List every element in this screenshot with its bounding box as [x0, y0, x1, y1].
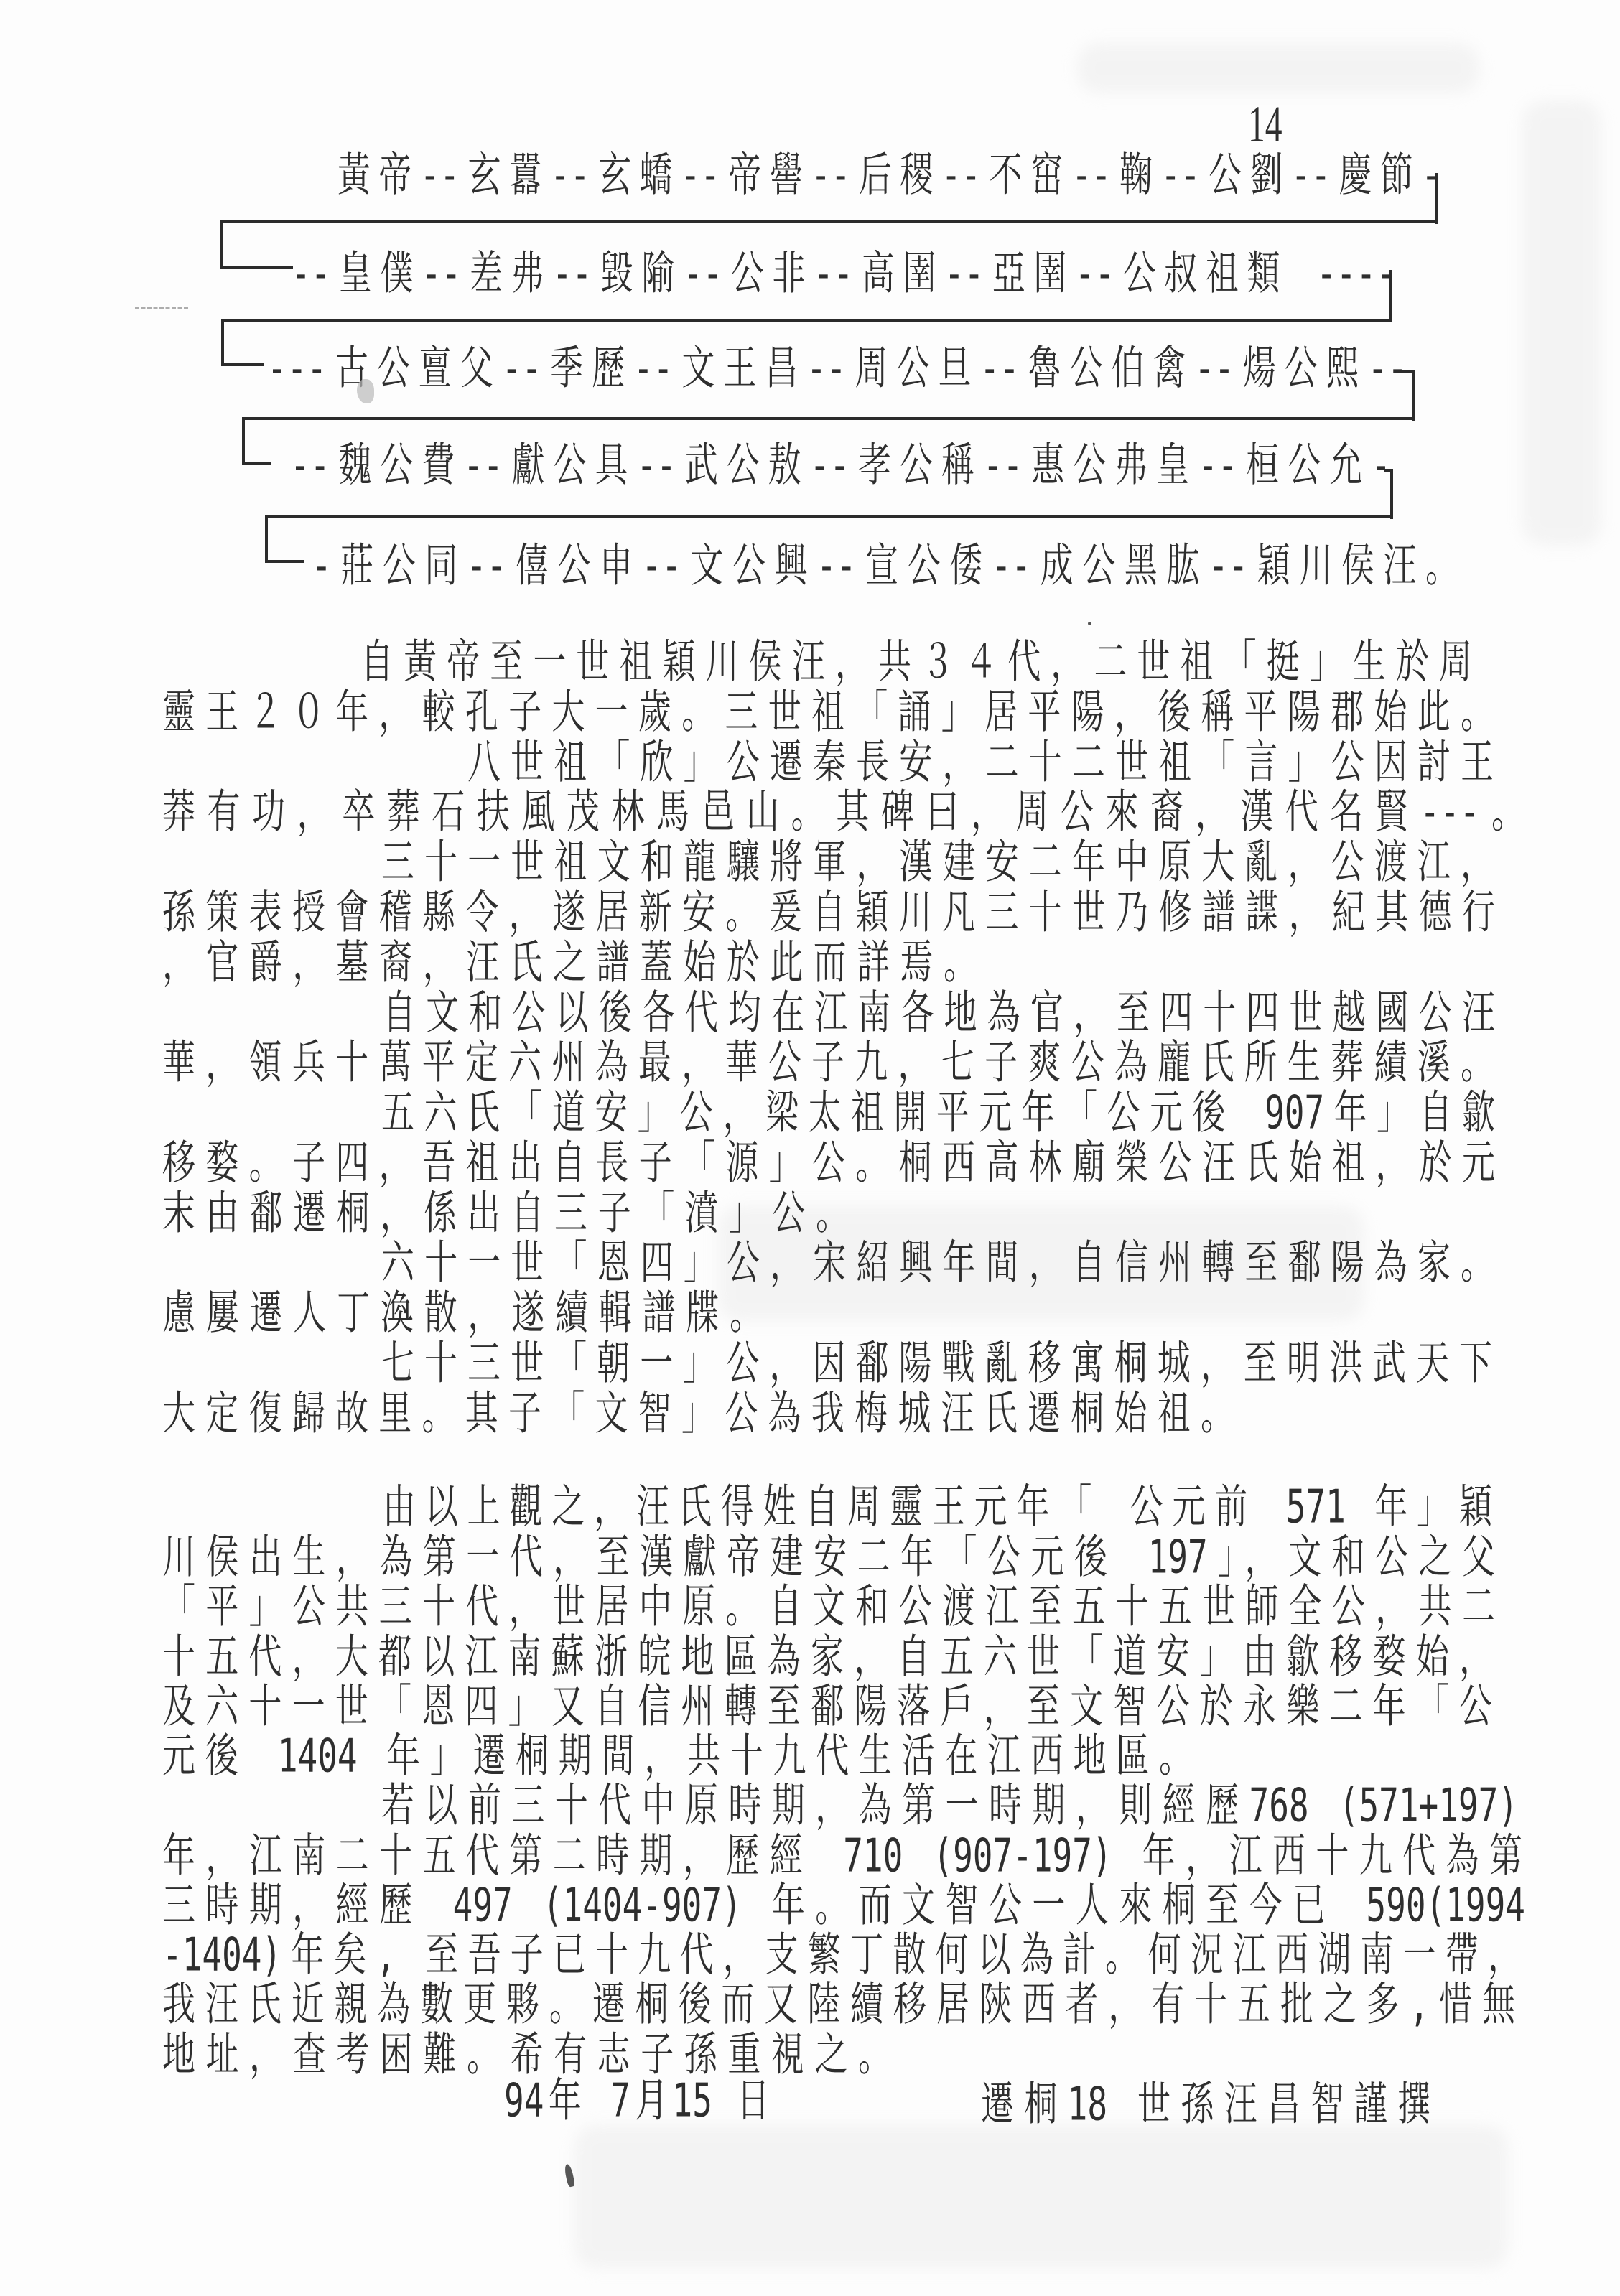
scan-mark	[135, 307, 188, 309]
scan-bleed	[574, 2125, 1508, 2269]
genealogy-row: --皇僕--差弗--毀隃--公非--高圉--亞圉--公叔祖類 ----	[291, 243, 1396, 303]
connector-line	[220, 220, 223, 269]
connector-line	[221, 319, 224, 366]
connector-line	[1412, 370, 1415, 421]
genealogy-row: --魏公費--獻公具--武公敖--孝公稱--惠公弗皇--桓公允-	[290, 434, 1391, 495]
scan-bleed	[1522, 101, 1601, 546]
connector-line	[1389, 270, 1392, 322]
text-line: 大定復歸故里。其子「文智」公為我梅城汪氏遷桐始祖。	[162, 1383, 1234, 1443]
connector-line	[1390, 469, 1393, 519]
signature-author: 遷桐18 世孫汪昌智謹撰	[981, 2073, 1430, 2134]
connector-line	[242, 462, 271, 465]
signature-date: 94年 7月15 日	[504, 2070, 770, 2130]
genealogy-row: 黃帝--玄囂--玄蟜--帝嚳--后稷--不窋--鞠--公劉--慶節-	[337, 144, 1441, 205]
scan-bleed	[1077, 43, 1479, 93]
connector-line	[1435, 173, 1438, 224]
genealogy-row: -莊公同--僖公申--文公興--宣公倭--成公黑肱--穎川侯汪。	[312, 535, 1458, 595]
scan-dot	[1088, 622, 1091, 625]
document-page: 14 黃帝--玄囂--玄蟜--帝嚳--后稷--不窋--鞠--公劉--慶節- --…	[0, 0, 1620, 2296]
connector-line	[220, 266, 293, 269]
genealogy-row: ---古公亶父--季歷--文王昌--周公旦--魯公伯禽--煬公熙--	[267, 337, 1407, 398]
connector-line	[220, 220, 1438, 223]
page-number: 14	[1248, 98, 1282, 150]
ink-speck	[564, 2163, 575, 2187]
connector-line	[265, 560, 304, 563]
connector-line	[265, 515, 1393, 518]
ink-blot	[357, 379, 374, 403]
connector-line	[221, 319, 1392, 322]
connector-line	[221, 363, 264, 366]
connector-line	[242, 417, 245, 465]
connector-line	[265, 515, 268, 563]
connector-line	[242, 417, 1415, 420]
